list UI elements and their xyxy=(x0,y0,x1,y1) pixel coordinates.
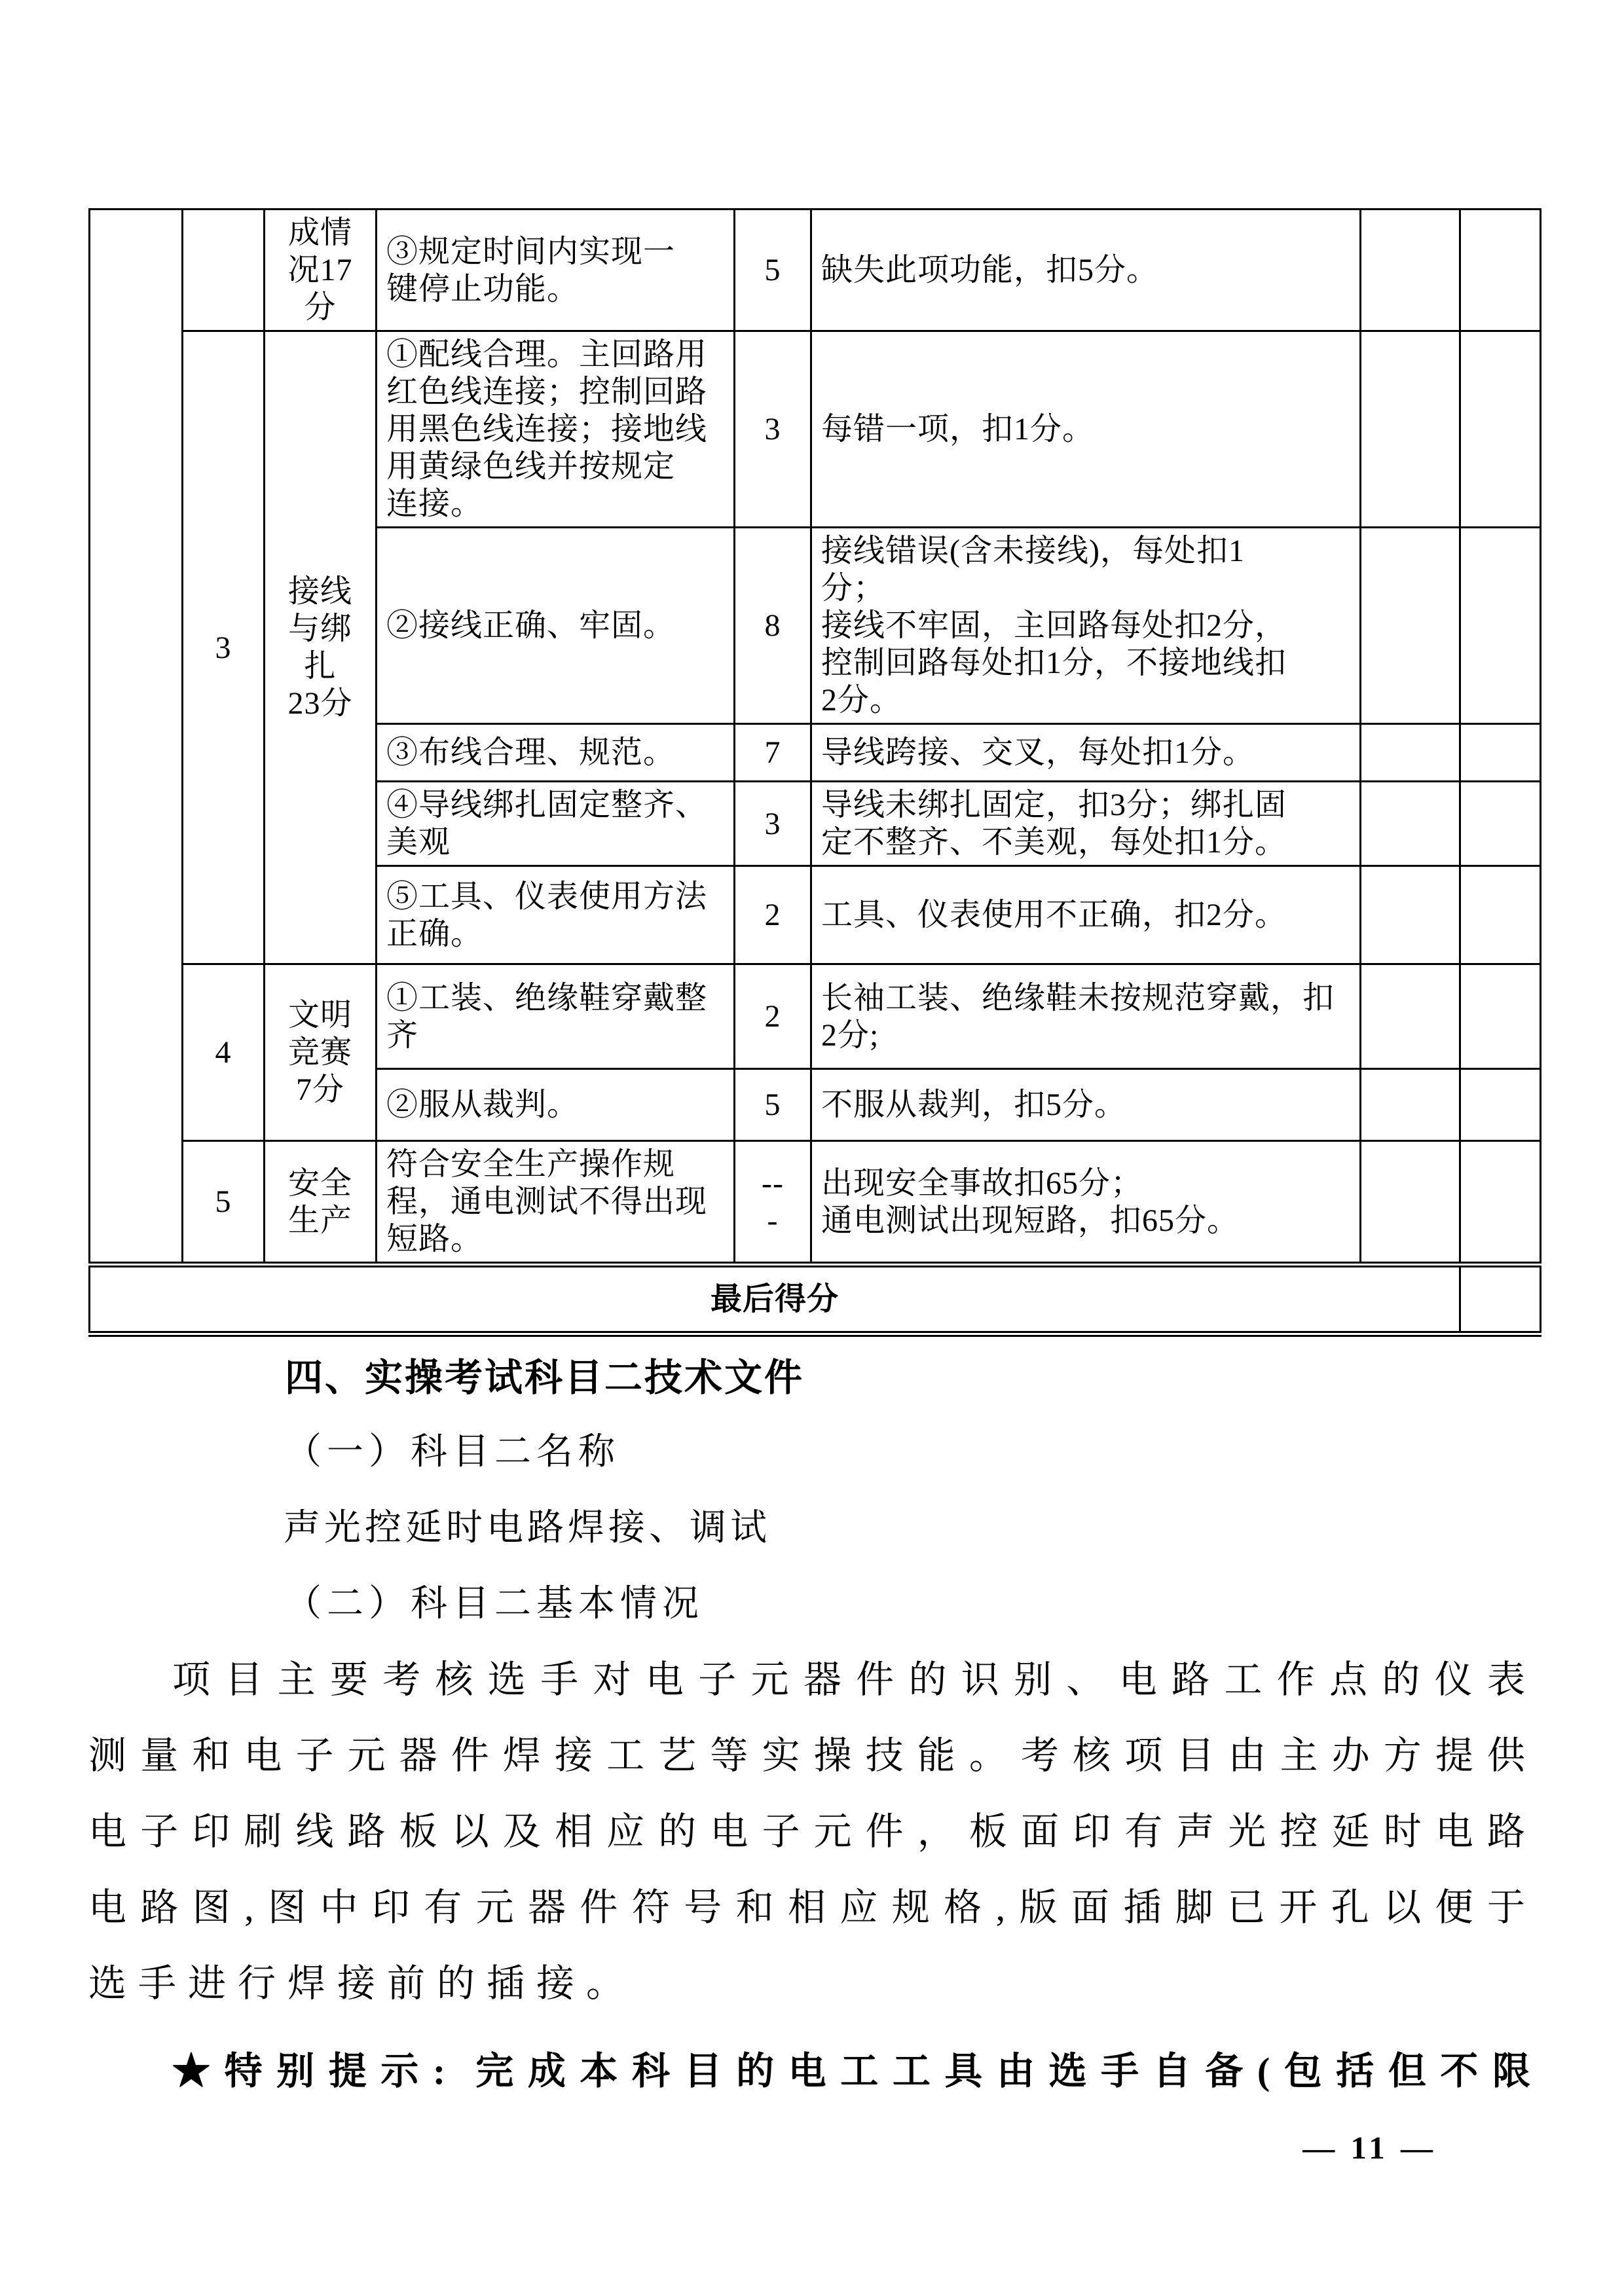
score-cell-empty xyxy=(1361,331,1460,528)
index-cell: 3 xyxy=(183,331,265,964)
section-heading: 四、实操考试科目二技术文件 xyxy=(285,1342,1537,1414)
score-cell-empty xyxy=(1361,964,1460,1069)
left-merged-empty-cell xyxy=(90,210,183,1265)
points-cell: 2 xyxy=(735,866,811,964)
criteria-cell: ②服从裁判。 xyxy=(377,1069,735,1141)
criteria-cell: ②接线正确、牢固。 xyxy=(377,528,735,724)
points-cell: -- - xyxy=(735,1141,811,1265)
paragraph-line: 电路图,图中印有元器件符号和相应规格,版面插脚已开孔以便于 xyxy=(88,1870,1537,1946)
score-cell-empty xyxy=(1460,1069,1541,1141)
paragraph-line: 选手进行焊接前的插接。 xyxy=(88,1946,1537,2022)
deduction-cell: 不服从裁判，扣5分。 xyxy=(811,1069,1361,1141)
deduction-cell: 接线错误(含未接线)，每处扣1 分； 接线不牢固，主回路每处扣2分， 控制回路每… xyxy=(811,528,1361,724)
sub-heading-2: （二）科目二基本情况 xyxy=(285,1566,1537,1642)
deduction-cell: 导线未绑扎固定，扣3分；绑扎固 定不整齐、不美观，每处扣1分。 xyxy=(811,782,1361,866)
category-cell: 文明 竞赛 7分 xyxy=(265,964,377,1141)
table-row: 成情 况17 分 ③规定时间内实现一 键停止功能。 5 缺失此项功能，扣5分。 xyxy=(90,210,1541,331)
deduction-cell: 导线跨接、交叉，每处扣1分。 xyxy=(811,724,1361,782)
category-cell: 安全 生产 xyxy=(265,1141,377,1265)
score-cell-empty xyxy=(1460,724,1541,782)
paragraph-line: 测量和电子元器件焊接工艺等实操技能。考核项目由主办方提供 xyxy=(88,1718,1537,1794)
score-cell-empty xyxy=(1460,1141,1541,1265)
deduction-cell: 出现安全事故扣65分； 通电测试出现短路，扣65分。 xyxy=(811,1141,1361,1265)
score-cell-empty xyxy=(1460,331,1541,528)
deduction-cell: 每错一项，扣1分。 xyxy=(811,331,1361,528)
points-cell: 7 xyxy=(735,724,811,782)
category-cell: 成情 况17 分 xyxy=(265,210,377,331)
sub-heading-1: （一）科目二名称 xyxy=(285,1414,1537,1490)
criteria-cell: ①工装、绝缘鞋穿戴整 齐 xyxy=(377,964,735,1069)
score-cell-empty xyxy=(1460,210,1541,331)
scoring-table: 成情 况17 分 ③规定时间内实现一 键停止功能。 5 缺失此项功能，扣5分。 … xyxy=(88,208,1541,1337)
points-cell: 3 xyxy=(735,331,811,528)
final-score-label-cell: 最后得分 xyxy=(90,1265,1460,1334)
index-cell xyxy=(183,210,265,331)
document-page: 成情 况17 分 ③规定时间内实现一 键停止功能。 5 缺失此项功能，扣5分。 … xyxy=(0,0,1624,2296)
final-score-row: 最后得分 xyxy=(90,1265,1541,1334)
subject-name: 声光控延时电路焊接、调试 xyxy=(284,1490,1537,1566)
criteria-cell: ③布线合理、规范。 xyxy=(377,724,735,782)
points-cell: 5 xyxy=(735,1069,811,1141)
score-cell-empty xyxy=(1460,782,1541,866)
score-cell-empty xyxy=(1361,1069,1460,1141)
score-cell-empty xyxy=(1460,866,1541,964)
score-cell-empty xyxy=(1460,964,1541,1069)
table-row: 4 文明 竞赛 7分 ①工装、绝缘鞋穿戴整 齐 2 长袖工装、绝缘鞋未按规范穿戴… xyxy=(90,964,1541,1069)
points-cell: 3 xyxy=(735,782,811,866)
table-row: 5 安全 生产 符合安全生产操作规 程，通电测试不得出现 短路。 -- - 出现… xyxy=(90,1141,1541,1265)
special-note-line: ★特别提示: 完成本科目的电工工具由选手自备(包括但不限 xyxy=(88,2033,1537,2109)
category-cell: 接线 与绑 扎 23分 xyxy=(265,331,377,964)
criteria-cell: 符合安全生产操作规 程，通电测试不得出现 短路。 xyxy=(377,1141,735,1265)
paragraph-line: 项目主要考核选手对电子元器件的识别、电路工作点的仪表 xyxy=(88,1642,1537,1718)
index-cell: 4 xyxy=(183,964,265,1141)
score-cell-empty xyxy=(1460,528,1541,724)
criteria-cell: ④导线绑扎固定整齐、 美观 xyxy=(377,782,735,866)
score-cell-empty xyxy=(1361,210,1460,331)
points-cell: 8 xyxy=(735,528,811,724)
score-cell-empty xyxy=(1361,866,1460,964)
criteria-cell: ⑤工具、仪表使用方法 正确。 xyxy=(377,866,735,964)
points-cell: 5 xyxy=(735,210,811,331)
criteria-cell: ③规定时间内实现一 键停止功能。 xyxy=(377,210,735,331)
paragraph-line: 电子印刷线路板以及相应的电子元件，板面印有声光控延时电路 xyxy=(88,1794,1537,1870)
table-row: 3 接线 与绑 扎 23分 ①配线合理。主回路用 红色线连接；控制回路 用黑色线… xyxy=(90,331,1541,528)
score-cell-empty xyxy=(1361,782,1460,866)
deduction-cell: 工具、仪表使用不正确，扣2分。 xyxy=(811,866,1361,964)
page-number: — 11 — xyxy=(1302,2129,1437,2166)
score-cell-empty xyxy=(1361,1141,1460,1265)
criteria-cell: ①配线合理。主回路用 红色线连接；控制回路 用黑色线连接；接地线 用黄绿色线并按… xyxy=(377,331,735,528)
index-cell: 5 xyxy=(183,1141,265,1265)
deduction-cell: 长袖工装、绝缘鞋未按规范穿戴，扣 2分; xyxy=(811,964,1361,1069)
body-content: 四、实操考试科目二技术文件 （一）科目二名称 声光控延时电路焊接、调试 （二）科… xyxy=(88,1342,1537,2109)
points-cell: 2 xyxy=(735,964,811,1069)
score-cell-empty xyxy=(1361,724,1460,782)
final-score-value-cell xyxy=(1460,1265,1541,1334)
deduction-cell: 缺失此项功能，扣5分。 xyxy=(811,210,1361,331)
score-cell-empty xyxy=(1361,528,1460,724)
